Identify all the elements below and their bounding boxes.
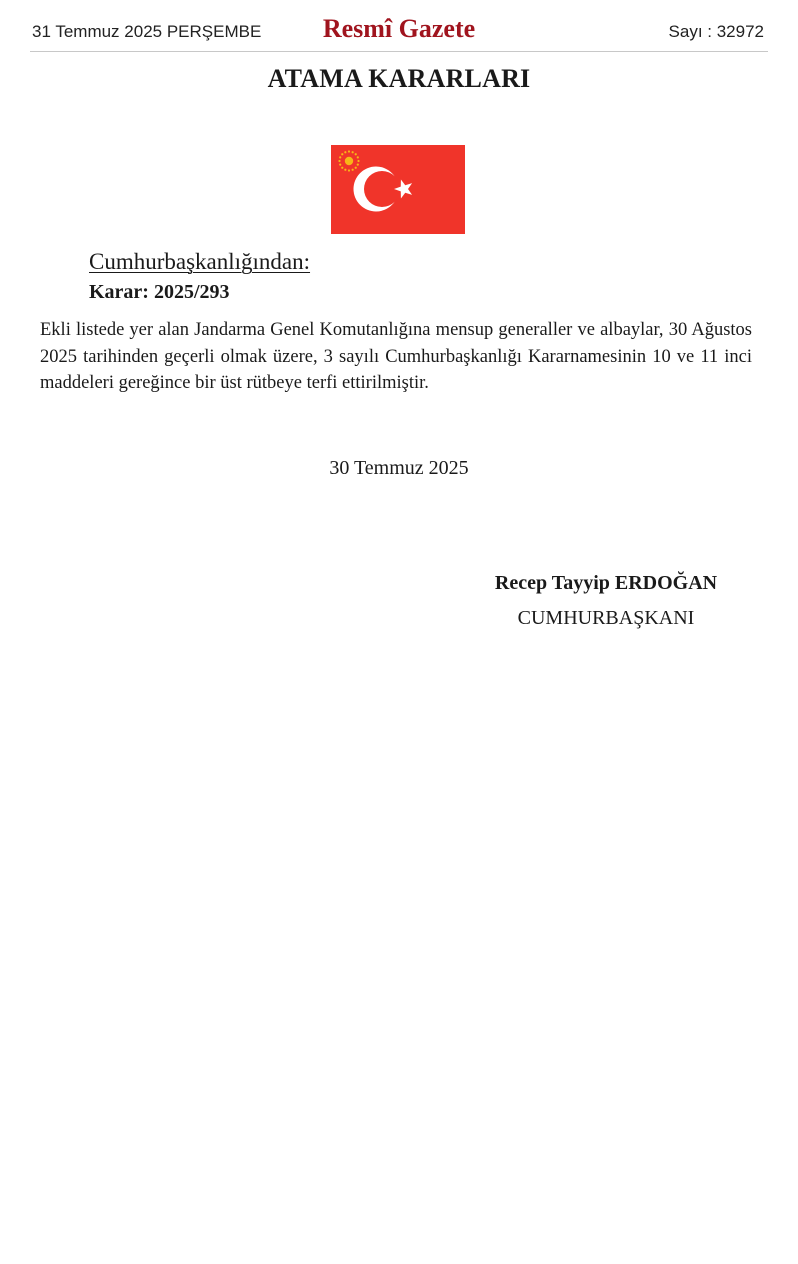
signatory-name: Recep Tayyip ERDOĞAN xyxy=(456,572,756,595)
decision-date: 30 Temmuz 2025 xyxy=(0,457,798,480)
document-heading: ATAMA KARARLARI xyxy=(0,64,798,94)
signatory-title: CUMHURBAŞKANI xyxy=(456,607,756,630)
presidential-flag-icon xyxy=(331,145,465,234)
decision-number: Karar: 2025/293 xyxy=(89,281,230,304)
decision-body-text: Ekli listede yer alan Jandarma Genel Kom… xyxy=(40,317,752,397)
issuing-authority: Cumhurbaşkanlığından: xyxy=(89,249,310,275)
issue-number: Sayı : 32972 xyxy=(669,22,764,42)
page-header: 31 Temmuz 2025 PERŞEMBE Resmî Gazete Say… xyxy=(30,0,768,52)
gazette-title[interactable]: Resmî Gazete xyxy=(323,14,475,43)
publication-date: 31 Temmuz 2025 PERŞEMBE xyxy=(32,22,261,42)
